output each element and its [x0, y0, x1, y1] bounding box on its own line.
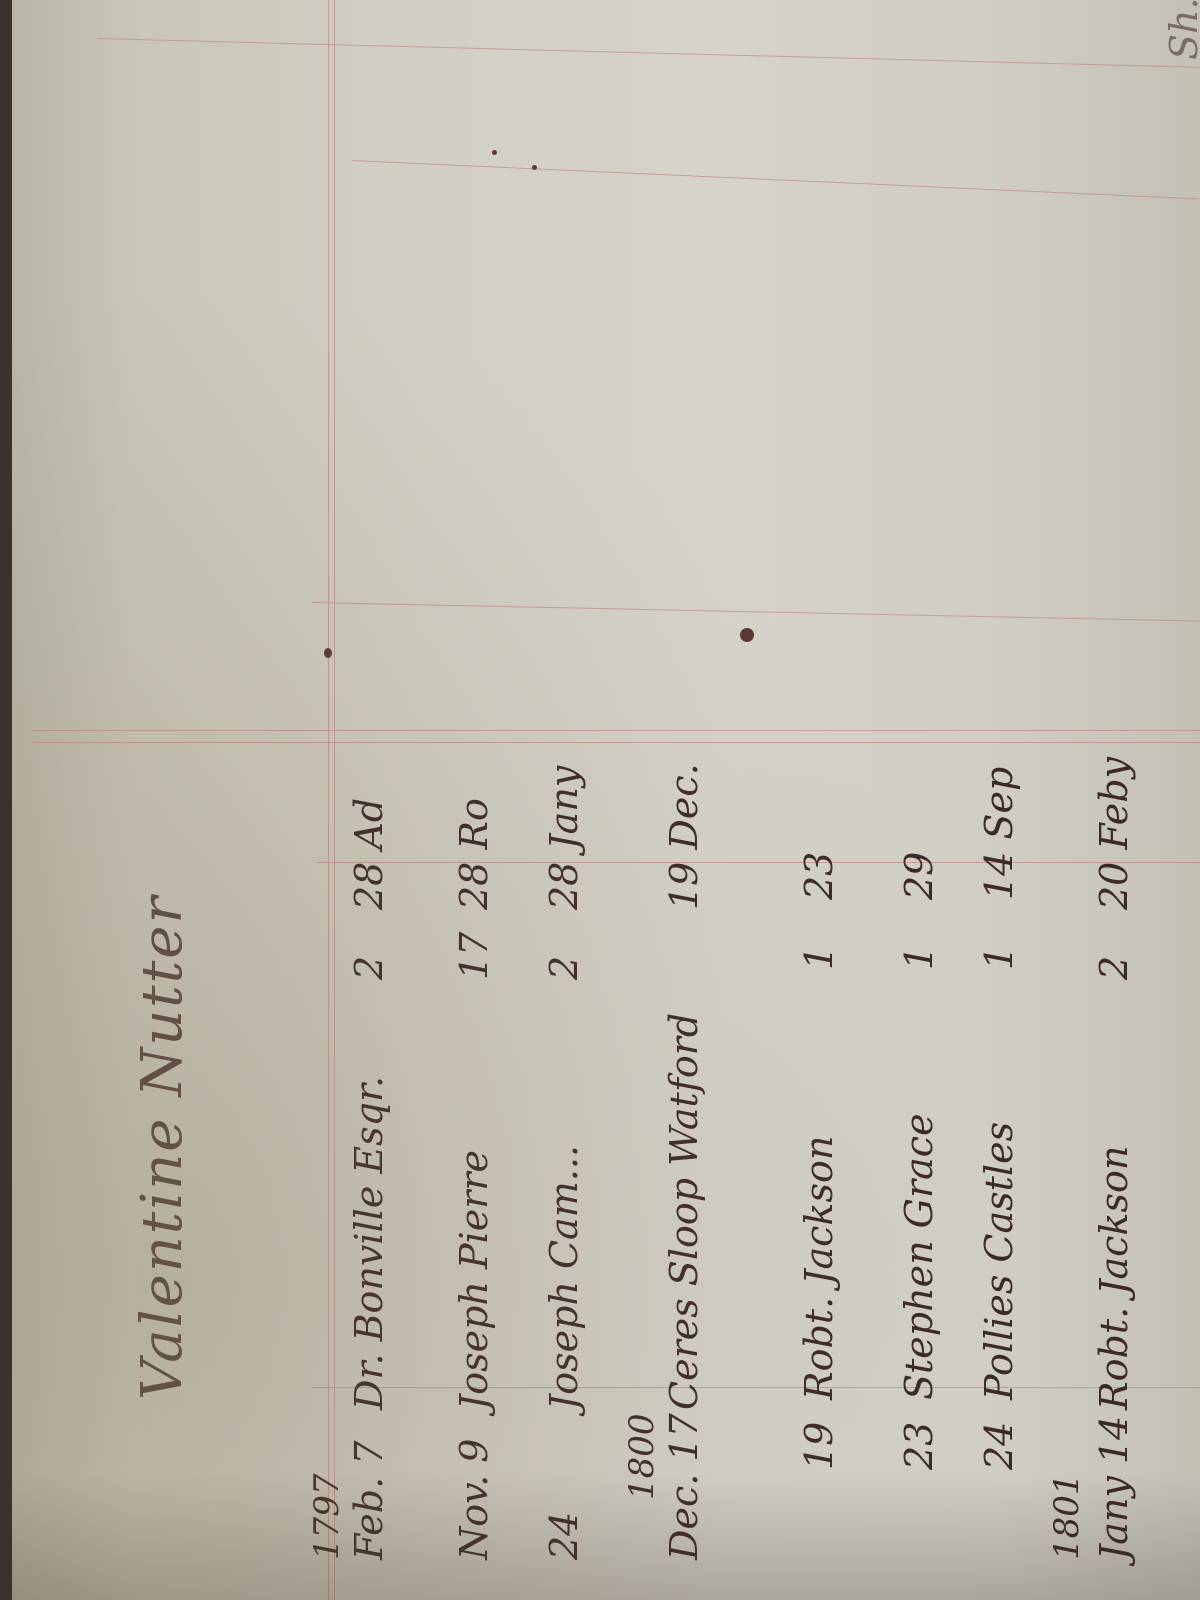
- column-rule: [32, 742, 1200, 743]
- margin-rule: [328, 0, 329, 1600]
- ledger-entry: Nov. 9Joseph Pierre1728 Ro: [452, 798, 496, 1560]
- entry-ref: 19 Dec.: [662, 763, 706, 910]
- entry-date: Jany 14: [1092, 1410, 1136, 1560]
- column-rule: [97, 38, 1200, 68]
- entry-ref: 14 Sep: [977, 767, 1021, 900]
- entry-date: 24: [542, 1410, 586, 1560]
- entry-year: 1797: [307, 1473, 347, 1560]
- entry-qty: 1: [797, 900, 841, 970]
- entry-name: Dr. Bonville Esqr.: [347, 980, 391, 1410]
- ledger-entry: 23Stephen Grace129: [897, 852, 941, 1470]
- column-rule: [352, 160, 1199, 199]
- top-fragment: Sh...: [1162, 0, 1200, 60]
- margin-rule: [334, 0, 335, 1600]
- ink-spot: [532, 165, 537, 170]
- entry-year: 1801: [1047, 1473, 1087, 1560]
- ink-spot: [324, 648, 332, 658]
- entry-date: Feb. 7: [347, 1410, 391, 1560]
- entry-qty: 2: [1092, 910, 1136, 980]
- entry-qty: 2: [542, 910, 586, 980]
- entry-name: Joseph Pierre: [452, 980, 496, 1410]
- entry-date: 23: [897, 1400, 941, 1470]
- entry-date: 19: [797, 1400, 841, 1470]
- entry-qty: 1: [897, 900, 941, 970]
- entry-ref: 28 Ro: [452, 798, 496, 910]
- column-rule: [312, 1387, 1200, 1388]
- entry-qty: 2: [347, 910, 391, 980]
- entry-date: Dec. 17: [662, 1410, 706, 1560]
- ledger-entry: 24Pollies Castles114 Sep: [977, 767, 1021, 1470]
- entry-qty: 17: [452, 910, 496, 980]
- entry-ref: 23: [797, 852, 841, 900]
- column-rule: [312, 602, 1200, 622]
- column-rule: [32, 730, 1200, 731]
- entry-qty: 1: [977, 900, 1021, 970]
- entry-ref: 28 Ad: [347, 798, 391, 910]
- entry-date: 24: [977, 1400, 1021, 1470]
- entry-ref: 28 Jany: [542, 766, 586, 910]
- ledger-entry: 19Robt. Jackson123: [797, 852, 841, 1470]
- entry-name: Robt. Jackson: [797, 970, 841, 1400]
- entry-ref: 29: [897, 852, 941, 900]
- entry-name: Ceres Sloop Watford: [662, 980, 706, 1410]
- ledger-entry: Jany 14Robt. Jackson220 Feby: [1092, 757, 1136, 1560]
- ledger-heading: Valentine Nutter: [130, 895, 195, 1400]
- entry-name: Pollies Castles: [977, 970, 1021, 1400]
- ledger-entry: Dec. 17Ceres Sloop Watford19 Dec.: [662, 763, 706, 1560]
- column-rule: [317, 862, 1200, 863]
- ink-spot: [492, 150, 497, 155]
- entry-date: Nov. 9: [452, 1410, 496, 1560]
- ledger-entry: Feb. 7Dr. Bonville Esqr.228 Ad: [347, 798, 391, 1560]
- entry-year: 1800: [622, 1413, 662, 1500]
- entry-name: Stephen Grace: [897, 970, 941, 1400]
- entry-name: Joseph Cam...: [542, 980, 586, 1410]
- ink-spot: [740, 628, 754, 642]
- entry-name: Robt. Jackson: [1092, 980, 1136, 1410]
- entry-ref: 20 Feby: [1092, 757, 1136, 910]
- ledger-page: Sh... Valentine Nutter Feb. 7Dr. Bonvill…: [12, 0, 1200, 1600]
- ledger-entry: 24Joseph Cam...228 Jany: [542, 766, 586, 1560]
